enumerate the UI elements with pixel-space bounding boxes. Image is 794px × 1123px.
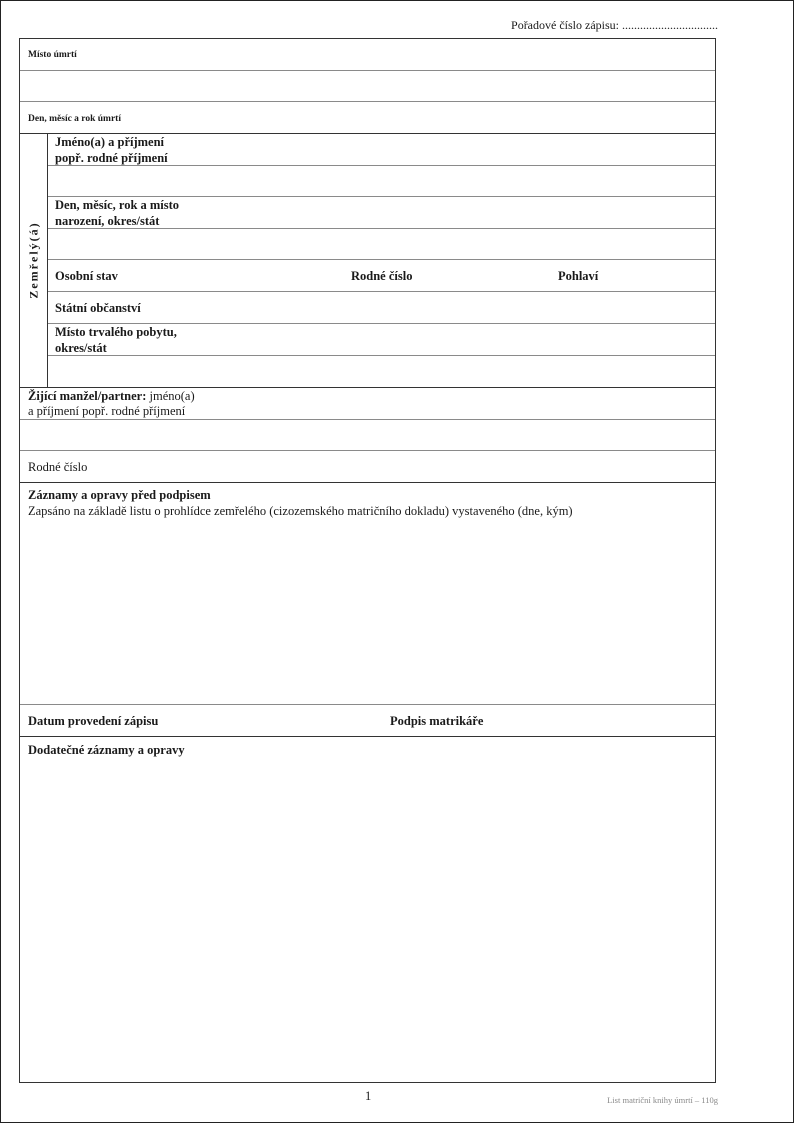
deceased-birth-field[interactable] <box>48 229 715 260</box>
spouse-label-1: Žijící manžel/partner: jméno(a) <box>28 388 195 404</box>
spouse-label-bold: Žijící manžel/partner: <box>28 389 146 403</box>
records-before-signature-field[interactable]: Záznamy a opravy před podpisem Zapsáno n… <box>20 483 715 705</box>
deceased-side-column: Zemřelý(á) <box>20 133 48 387</box>
place-of-death-label: Místo úmrtí <box>28 47 77 63</box>
residence-label-row: Místo trvalého pobytu, okres/stát <box>48 324 715 356</box>
deceased-name-label-row: Jméno(a) a příjmení popř. rodné příjmení <box>48 134 715 166</box>
date-of-death-row[interactable]: Den, měsíc a rok úmrtí <box>20 102 715 134</box>
page-number: 1 <box>365 1089 371 1104</box>
deceased-birth-label-2: narození, okres/stát <box>55 213 159 229</box>
citizenship-label: Státní občanství <box>55 300 141 316</box>
spouse-birth-number-label: Rodné číslo <box>28 459 87 475</box>
footer-note: List matriční knihy úmrtí – 110g <box>607 1095 718 1105</box>
spouse-label-row: Žijící manžel/partner: jméno(a) a příjme… <box>20 388 715 420</box>
spouse-label-rest: jméno(a) <box>146 389 194 403</box>
place-of-death-label-row: Místo úmrtí <box>20 39 715 71</box>
entry-date-label: Datum provedení zápisu <box>28 713 158 729</box>
deceased-name-label-1: Jméno(a) a příjmení <box>55 134 164 150</box>
deceased-name-field[interactable] <box>48 166 715 197</box>
spouse-birth-number-row[interactable]: Rodné číslo <box>20 451 715 483</box>
birth-number-label: Rodné číslo <box>351 268 412 284</box>
citizenship-row[interactable]: Státní občanství <box>48 292 715 324</box>
marital-status-label: Osobní stav <box>55 268 118 284</box>
residence-label-1: Místo trvalého pobytu, <box>55 324 177 340</box>
registrar-signature-label: Podpis matrikáře <box>390 713 483 729</box>
additional-records-field[interactable]: Dodatečné záznamy a opravy <box>20 737 715 1082</box>
spouse-name-field[interactable] <box>20 420 715 451</box>
deceased-status-row[interactable]: Osobní stav Rodné číslo Pohlaví <box>48 260 715 292</box>
serial-number-label: Pořadové číslo zápisu: .................… <box>511 18 718 33</box>
records-text: Zapsáno na základě listu o prohlídce zem… <box>28 503 573 519</box>
deceased-birth-label-row: Den, měsíc, rok a místo narození, okres/… <box>48 197 715 229</box>
death-record-form: Místo úmrtí Den, měsíc a rok úmrtí Zemře… <box>19 38 716 1083</box>
deceased-birth-label-1: Den, měsíc, rok a místo <box>55 197 179 213</box>
date-of-death-label: Den, měsíc a rok úmrtí <box>28 111 121 127</box>
records-title: Záznamy a opravy před podpisem <box>28 487 211 503</box>
entry-date-signature-row[interactable]: Datum provedení zápisu Podpis matrikáře <box>20 705 715 737</box>
deceased-side-label: Zemřelý(á) <box>27 221 42 298</box>
spouse-label-2: a příjmení popř. rodné příjmení <box>28 403 185 419</box>
residence-field[interactable] <box>20 356 715 388</box>
additional-records-label: Dodatečné záznamy a opravy <box>28 742 185 758</box>
place-of-death-field[interactable] <box>20 71 715 102</box>
sex-label: Pohlaví <box>558 268 598 284</box>
residence-label-2: okres/stát <box>55 340 107 356</box>
deceased-name-label-2: popř. rodné příjmení <box>55 150 168 166</box>
